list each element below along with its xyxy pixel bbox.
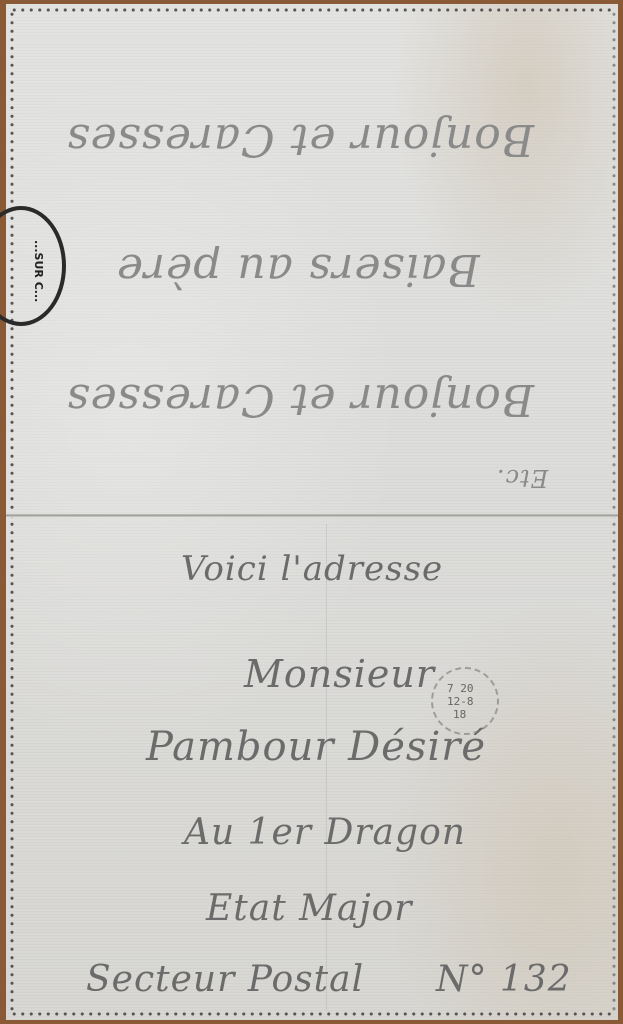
inverted-line-2: Baisers au père xyxy=(116,244,480,295)
inverted-line-1: Bonjour et Caresses xyxy=(66,114,534,165)
inverted-line-3: Bonjour et Caresses xyxy=(66,374,534,425)
postal-sector-number: N° 132 xyxy=(436,959,572,1000)
address-title: Monsieur xyxy=(244,652,435,696)
perforation-left xyxy=(10,10,14,1014)
postmark-right: 7 20 12-8 18 xyxy=(431,667,499,735)
fold-line xyxy=(6,514,618,517)
address-section: Etat Major xyxy=(206,888,413,929)
postmark-date: 12-8 xyxy=(447,696,474,708)
postal-sector-label: Secteur Postal xyxy=(86,959,364,1000)
postmark-time: 7 20 xyxy=(447,683,474,695)
postmark-year: 18 xyxy=(453,709,466,721)
perforation-top xyxy=(10,8,614,12)
address-intro: Voici l'adresse xyxy=(181,549,443,589)
perforation-bottom xyxy=(10,1012,614,1016)
letter-card: Bonjour et Caresses Baisers au père Bonj… xyxy=(6,4,618,1020)
address-name: Pambour Désiré xyxy=(146,724,486,770)
address-unit: Au 1er Dragon xyxy=(184,812,466,853)
inverted-line-4: Etc. xyxy=(496,464,548,492)
postmark-left: ...SUR C... xyxy=(0,206,66,326)
perforation-right xyxy=(612,10,616,1014)
